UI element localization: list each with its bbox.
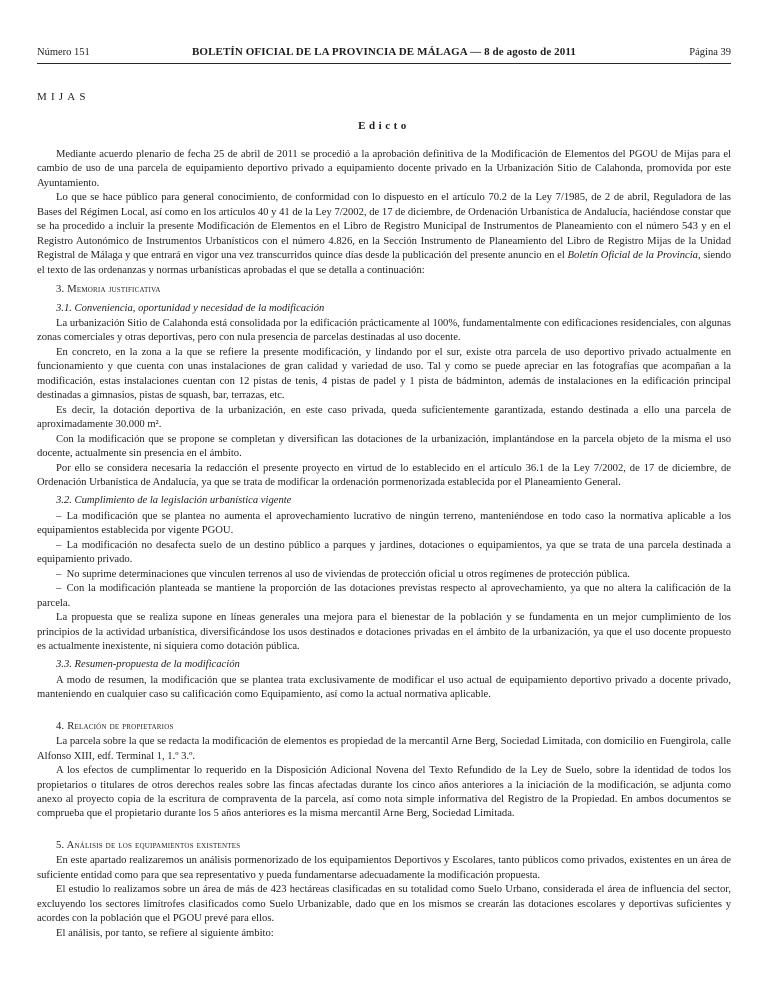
- dash-item: – Con la modificación planteada se manti…: [37, 582, 731, 611]
- paragraph: En concreto, en la zona a la que se refi…: [37, 346, 731, 404]
- paragraph: A modo de resumen, la modificación que s…: [37, 674, 731, 703]
- edict-title: Edicto: [37, 120, 731, 132]
- section-heading: 5. Análisis de los equipamientos existen…: [37, 839, 731, 853]
- paragraph: El análisis, por tanto, se refiere al si…: [37, 927, 731, 941]
- paragraph: Por ello se considera necesaria la redac…: [37, 462, 731, 491]
- subsection-heading: 3.3. Resumen-propuesta de la modificació…: [37, 658, 731, 672]
- paragraph: La parcela sobre la que se redacta la mo…: [37, 735, 731, 764]
- bulletin-title: BOLETÍN OFICIAL DE LA PROVINCIA DE MÁLAG…: [192, 46, 576, 58]
- paragraph: La urbanización Sitio de Calahonda está …: [37, 317, 731, 346]
- paragraph: A los efectos de cumplimentar lo requeri…: [37, 764, 731, 822]
- subsection-heading: 3.1. Conveniencia, oportunidad y necesid…: [37, 302, 731, 316]
- paragraph: La propuesta que se realiza supone en lí…: [37, 611, 731, 654]
- page-header: Número 151 BOLETÍN OFICIAL DE LA PROVINC…: [37, 46, 731, 64]
- subsection-heading: 3.2. Cumplimiento de la legislación urba…: [37, 494, 731, 508]
- paragraph: Mediante acuerdo plenario de fecha 25 de…: [37, 148, 731, 191]
- section-heading: 3. Memoria justificativa: [37, 283, 731, 297]
- municipality-heading: MIJAS: [37, 91, 731, 103]
- paragraph: El estudio lo realizamos sobre un área d…: [37, 883, 731, 926]
- dash-item: – No suprime determinaciones que vincule…: [37, 568, 731, 582]
- paragraph: Lo que se hace público para general cono…: [37, 191, 731, 278]
- paragraph: Es decir, la dotación deportiva de la ur…: [37, 404, 731, 433]
- italic-text-run: Boletín Oficial de la Provincia: [567, 250, 697, 261]
- document-body: Mediante acuerdo plenario de fecha 25 de…: [37, 148, 731, 941]
- dash-item: – La modificación no desafecta suelo de …: [37, 539, 731, 568]
- section-heading: 4. Relación de propietarios: [37, 720, 731, 734]
- dash-item: – La modificación que se plantea no aume…: [37, 510, 731, 539]
- page-number: Página 39: [576, 47, 731, 58]
- issue-number: Número 151: [37, 47, 192, 58]
- paragraph: En este apartado realizaremos un análisi…: [37, 854, 731, 883]
- paragraph: Con la modificación que se propone se co…: [37, 433, 731, 462]
- bulletin-page: Número 151 BOLETÍN OFICIAL DE LA PROVINC…: [0, 0, 768, 994]
